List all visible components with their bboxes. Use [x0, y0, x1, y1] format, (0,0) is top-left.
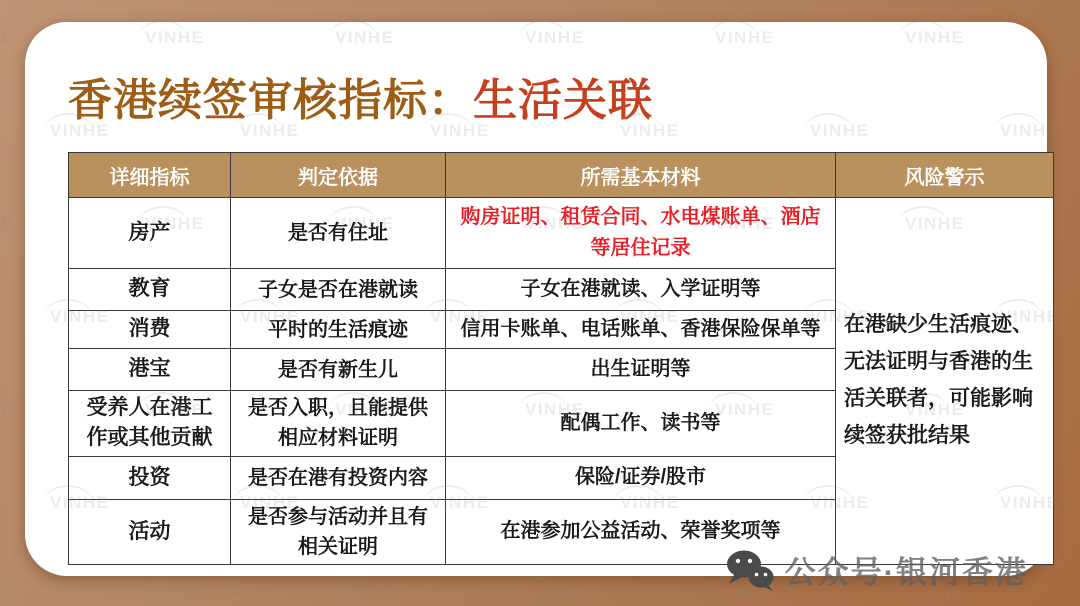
page-title: 香港续签审核指标：生活关联: [68, 64, 653, 128]
watermark-text: VINHE: [0, 400, 14, 420]
title-prefix: 香港续签审核指标：: [68, 76, 473, 125]
basis-cell: 是否在港有投资内容: [231, 456, 446, 499]
materials-cell: 信用卡账单、电话账单、香港保险保单等: [446, 311, 836, 349]
basis-cell: 是否有住址: [231, 198, 446, 269]
wechat-icon: [725, 549, 775, 591]
risk-warning-cell: 在港缺少生活痕迹、无法证明与香港的生活关联者，可能影响续签获批结果: [836, 198, 1054, 565]
indicator-cell: 投资: [69, 456, 231, 499]
indicator-cell: 教育: [69, 269, 231, 311]
materials-cell: 购房证明、租赁合同、水电煤账单、酒店等居住记录: [446, 198, 836, 269]
materials-cell: 出生证明等: [446, 349, 836, 391]
footer-label: 公众号·银河香港: [785, 547, 1028, 592]
header-cell-risk: 风险警示: [836, 153, 1054, 198]
header-cell-materials: 所需基本材料: [446, 153, 836, 198]
criteria-table: 详细指标 判定依据 所需基本材料 风险警示 房产 是否有住址 购房证明、租赁合同…: [68, 152, 1054, 565]
materials-cell: 保险/证券/股市: [446, 456, 836, 499]
title-highlight: 生活关联: [473, 76, 653, 125]
basis-cell: 平时的生活痕迹: [231, 311, 446, 349]
watermark-text: VINHE: [0, 28, 14, 48]
table-row: 房产 是否有住址 购房证明、租赁合同、水电煤账单、酒店等居住记录 在港缺少生活痕…: [69, 198, 1054, 269]
indicator-cell: 受养人在港工作或其他贡献: [69, 391, 231, 457]
wechat-badge: 公众号·银河香港: [725, 547, 1028, 592]
header-cell-basis: 判定依据: [231, 153, 446, 198]
indicator-cell: 消费: [69, 311, 231, 349]
materials-cell: 子女在港就读、入学证明等: [446, 269, 836, 311]
watermark-text: VINHE: [0, 214, 14, 234]
basis-cell: 子女是否在港就读: [231, 269, 446, 311]
indicator-cell: 房产: [69, 198, 231, 269]
header-cell-indicator: 详细指标: [69, 153, 231, 198]
basis-cell: 是否有新生儿: [231, 349, 446, 391]
watermark-text: VINHE: [0, 586, 14, 606]
table-header-row: 详细指标 判定依据 所需基本材料 风险警示: [69, 153, 1054, 198]
materials-cell: 配偶工作、读书等: [446, 391, 836, 457]
basis-cell: 是否入职，且能提供相应材料证明: [231, 391, 446, 457]
watermark-text: VINHE: [145, 586, 204, 606]
indicator-cell: 港宝: [69, 349, 231, 391]
indicator-cell: 活动: [69, 499, 231, 564]
basis-cell: 是否参与活动并且有相关证明: [231, 499, 446, 564]
watermark-text: VINHE: [335, 586, 394, 606]
watermark-text: VINHE: [525, 586, 584, 606]
